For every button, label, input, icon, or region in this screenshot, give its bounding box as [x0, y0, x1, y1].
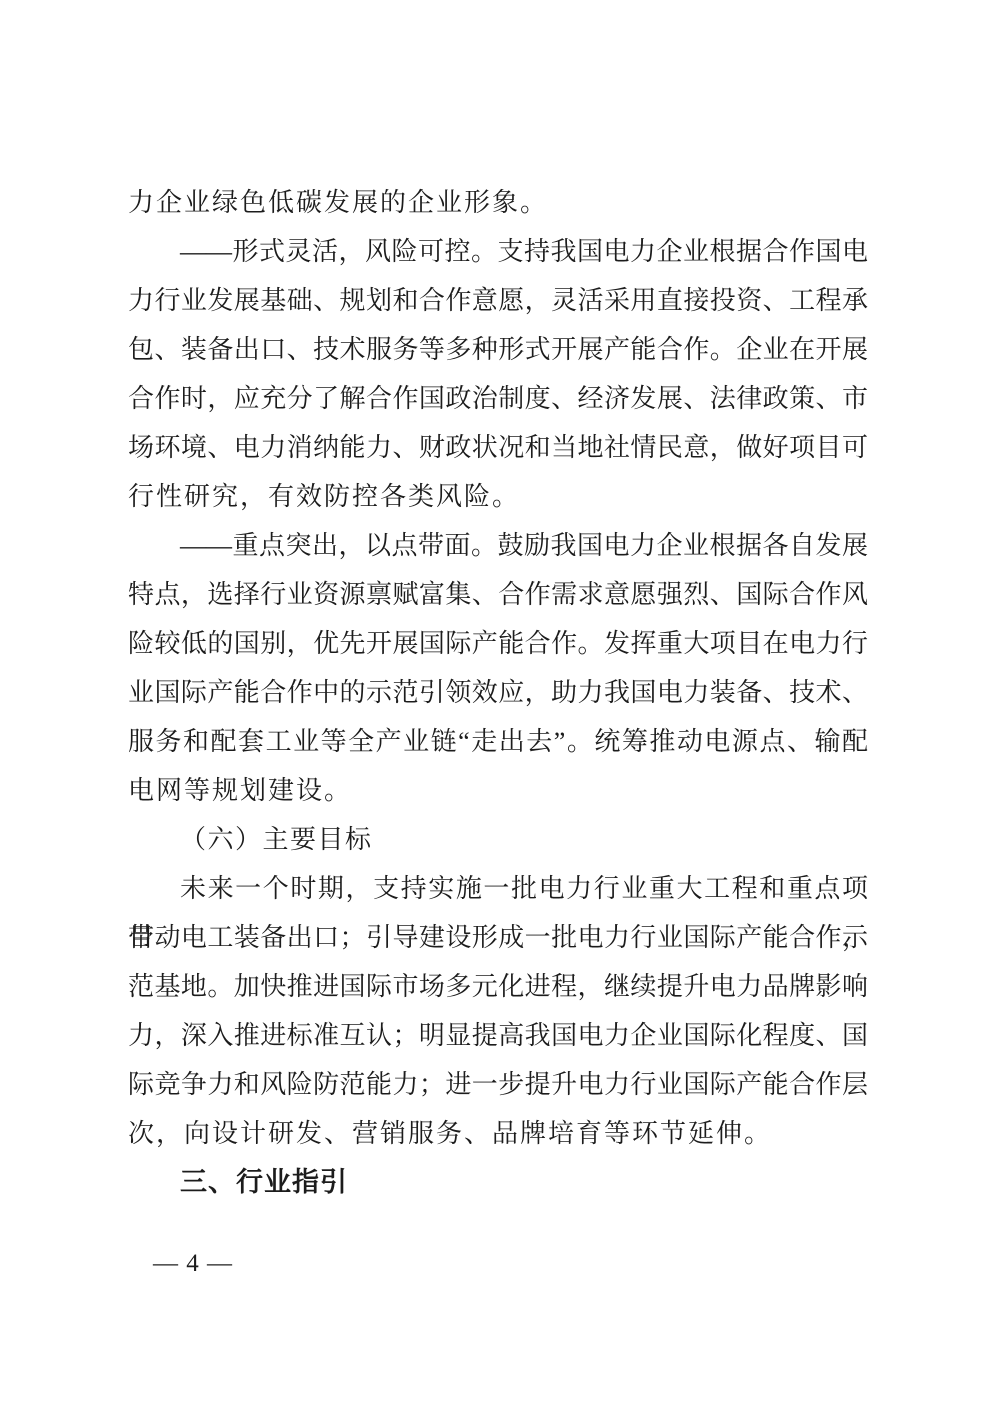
body-line: 未来一个时期，支持实施一批电力行业重大工程和重点项目，: [128, 864, 868, 913]
page-footer: — 4 —: [153, 1249, 233, 1279]
body-line: 带动电工装备出口；引导建设形成一批电力行业国际产能合作示: [128, 913, 868, 962]
document-page: 力企业绿色低碳发展的企业形象。 ——形式灵活，风险可控。支持我国电力企业根据合作…: [0, 0, 992, 1403]
section-heading-six-main-goals: （六）主要目标: [128, 815, 868, 864]
document-body: 力企业绿色低碳发展的企业形象。 ——形式灵活，风险可控。支持我国电力企业根据合作…: [128, 178, 868, 1207]
body-line: 合作时，应充分了解合作国政治制度、经济发展、法律政策、市: [128, 374, 868, 423]
body-line: 特点，选择行业资源禀赋富集、合作需求意愿强烈、国际合作风: [128, 570, 868, 619]
body-line: 力企业绿色低碳发展的企业形象。: [128, 178, 868, 227]
body-line: 服务和配套工业等全产业链“走出去”。统筹推动电源点、输配: [128, 717, 868, 766]
body-line-lead-flexible-forms: ——形式灵活，风险可控。支持我国电力企业根据合作国电: [128, 227, 868, 276]
body-line-lead-key-focus: ——重点突出，以点带面。鼓励我国电力企业根据各自发展: [128, 521, 868, 570]
body-line: 行性研究，有效防控各类风险。: [128, 472, 868, 521]
body-line: 包、装备出口、技术服务等多种形式开展产能合作。企业在开展: [128, 325, 868, 374]
page-number: — 4 —: [153, 1250, 233, 1277]
body-line: 际竞争力和风险防范能力；进一步提升电力行业国际产能合作层: [128, 1060, 868, 1109]
body-line: 次，向设计研发、营销服务、品牌培育等环节延伸。: [128, 1109, 868, 1158]
body-line: 力行业发展基础、规划和合作意愿，灵活采用直接投资、工程承: [128, 276, 868, 325]
body-line: 业国际产能合作中的示范引领效应，助力我国电力装备、技术、: [128, 668, 868, 717]
body-line: 力，深入推进标准互认；明显提高我国电力企业国际化程度、国: [128, 1011, 868, 1060]
body-line: 范基地。加快推进国际市场多元化进程，继续提升电力品牌影响: [128, 962, 868, 1011]
body-line: 场环境、电力消纳能力、财政状况和当地社情民意，做好项目可: [128, 423, 868, 472]
section-heading-three-industry-guidance: 三、行业指引: [128, 1158, 868, 1207]
body-line: 电网等规划建设。: [128, 766, 868, 815]
body-line: 险较低的国别，优先开展国际产能合作。发挥重大项目在电力行: [128, 619, 868, 668]
